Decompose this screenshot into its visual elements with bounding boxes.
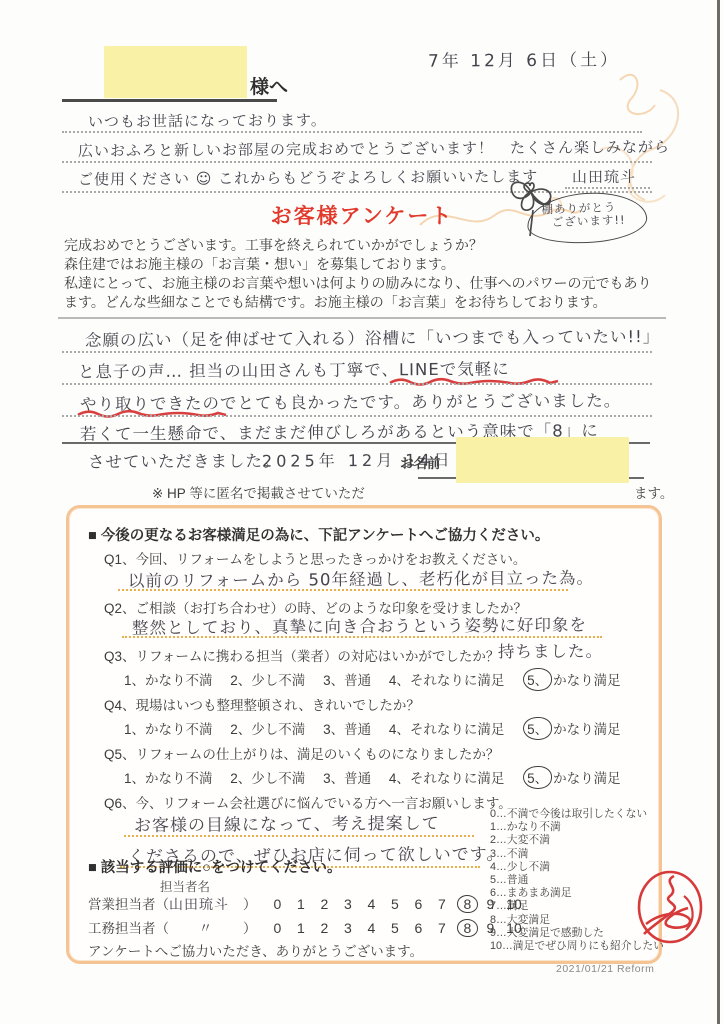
opt-num: 1、 <box>124 722 145 737</box>
circled-option-5: 5、 <box>523 668 552 691</box>
scale-num: 5 <box>386 896 403 912</box>
recipient-honorific: 様へ <box>250 72 288 99</box>
opt-text: それなりに満足 <box>410 722 505 737</box>
scale-num: 2 <box>316 896 333 912</box>
answer-q1-underline <box>118 589 568 591</box>
scale-num: 2 <box>316 920 333 936</box>
scale-num: 3 <box>339 920 356 936</box>
circled-scale-8: 8 <box>457 895 478 913</box>
opt-num: 3、 <box>323 771 344 786</box>
answer-q2-line1: 整然としており、真摯に向き合おうという姿勢に好印象を <box>132 611 587 638</box>
opt-text: 少し不満 <box>251 722 305 737</box>
opt-num: 1、 <box>124 673 145 688</box>
opt-text: かなり不満 <box>145 673 213 688</box>
legend-item: 2…大変不満 <box>490 834 664 847</box>
opt-text: 普通 <box>344 722 371 737</box>
scale-num: 9 <box>482 896 499 912</box>
opt-text: それなりに満足 <box>410 673 505 688</box>
opt-text: 少し不満 <box>251 673 305 688</box>
name-redaction-box-top <box>104 46 247 98</box>
red-wavy-underline-yaritori <box>76 407 228 419</box>
opt-text: かなり満足 <box>553 771 621 786</box>
scale-num: 7 <box>433 920 450 936</box>
legend-item: 0…不満で今後は取引したくない <box>490 808 664 821</box>
legend-item: 1…かなり不満 <box>490 821 664 834</box>
scale-num: 6 <box>410 896 427 912</box>
opt-num: 2、 <box>230 771 251 786</box>
scale-num: 1 <box>292 896 309 912</box>
question-q3: Q3、リフォームに携わる担当（業者）の対応はいかがでしたか？ <box>104 645 499 665</box>
answer-q2-line2: 持ちました。 <box>498 638 603 663</box>
opt-num: 2、 <box>230 673 251 688</box>
rating-handwritten-ditto: 〃 <box>169 918 243 939</box>
options-row-q5: 1、かなり不満 2、少し不満 3、普通 4、それなりに満足 5、かなり満足 <box>124 766 621 789</box>
intro-line-2: 森住建ではお施主様の「お言葉・想い」を募集しております。 <box>64 255 664 274</box>
red-wavy-underline-line <box>388 375 560 387</box>
scale-num: 5 <box>386 920 403 936</box>
scale-num: 1 <box>292 920 309 936</box>
opt-num: 4、 <box>389 722 410 737</box>
opt-num: 3、 <box>323 673 344 688</box>
scale-num: 9 <box>482 920 499 936</box>
ruled-dotline <box>62 161 652 163</box>
rating-handwritten-name: 山田琉斗 <box>169 894 243 915</box>
recipient-underline <box>62 99 277 102</box>
name-field-label: お名前 <box>400 452 441 472</box>
circled-option-5: 5、 <box>523 766 552 789</box>
scanned-survey-page: 7年 12月 6日（土） 様へ いつもお世話になっております。 広いおふろと新し… <box>0 0 724 1024</box>
answer-q6-line1: お客様の目線になって、考え提案して <box>134 809 440 836</box>
name-redaction-box-bottom <box>456 437 629 483</box>
scale-num: 4 <box>363 920 380 936</box>
testimonial-line-5: させていただきました。 <box>88 447 281 472</box>
scale-num: 10 <box>505 920 522 936</box>
legend-item: 3…不満 <box>490 848 664 861</box>
hp-note-right: ます。 <box>634 482 673 502</box>
opt-num: 2、 <box>230 722 251 737</box>
ruled-dotline <box>62 191 652 193</box>
ruled-dotline <box>62 383 652 385</box>
scale-num: 10 <box>505 896 522 912</box>
circled-option-5: 5、 <box>523 717 552 740</box>
opt-num: 4、 <box>389 673 410 688</box>
opt-text: 普通 <box>344 673 371 688</box>
greeting-line-3: ご使用ください ☺ これからもどうぞよろしくお願いいたします <box>78 165 538 189</box>
signature-underline <box>565 187 650 189</box>
scale-num: 7 <box>433 896 450 912</box>
answer-q1: 以前のリフォームから 50年経過し、老朽化が目立った為。 <box>128 564 594 591</box>
question-q4: Q4、現場はいつも整理整頓され、きれいでしたか？ <box>104 694 420 714</box>
opt-text: 少し不満 <box>251 771 305 786</box>
intro-line-3: 私達にとって、お施主様のお言葉や想いは何よりの励みになり、仕事へのパワーの元でも… <box>64 274 664 293</box>
options-row-q4: 1、かなり不満 2、少し不満 3、普通 4、それなりに満足 5、かなり満足 <box>124 717 621 740</box>
opt-text: 普通 <box>344 771 371 786</box>
scale-num: 3 <box>339 896 356 912</box>
form-version-label: 2021/01/21 Reform <box>556 963 654 975</box>
testimonial-line-1: 念願の広い（足を伸ばせて入れる）浴槽に「いつまでも入っていたい!!」 <box>85 323 660 351</box>
ruled-dotline <box>62 131 642 133</box>
opt-text: それなりに満足 <box>410 771 505 786</box>
red-approval-stamp-doodle <box>634 868 706 946</box>
scale-num: 4 <box>363 896 380 912</box>
options-row-q3: 1、かなり不満 2、少し不満 3、普通 4、それなりに満足 5、かなり満足 <box>124 668 621 691</box>
rating-section-header: ■ 該当する評価に○をつけてください。 <box>88 856 342 877</box>
rating-role-label: 工務担当者（ <box>88 921 169 936</box>
rating-row-sales: 営業担当者（山田琉斗） 012345678910 <box>88 893 529 914</box>
rating-role-close: ） <box>243 897 257 912</box>
opt-text: かなり不満 <box>145 722 213 737</box>
survey-title: お客様アンケート <box>0 200 724 230</box>
opt-text: かなり不満 <box>145 771 213 786</box>
scale-num: 0 <box>269 896 286 912</box>
opt-num: 3、 <box>323 722 344 737</box>
rating-role-label: 営業担当者（ <box>88 897 169 912</box>
opt-num: 1、 <box>124 771 145 786</box>
greeting-line-1: いつもお世話になっております。 <box>88 109 327 132</box>
scale-num: 6 <box>410 920 427 936</box>
greeting-line-2: 広いおふろと新しいお部屋の完成おめでとうございます！ たくさん楽しみながら <box>78 136 670 161</box>
hp-note-left: ※ HP 等に匿名で掲載させていただ <box>152 482 365 502</box>
rating-row-construction: 工務担当者（〃） 012345678910 <box>88 917 529 938</box>
opt-text: かなり満足 <box>553 673 621 688</box>
intro-line-4: ます。どんな些細なことでも結構です。お施主様の「お言葉」をお待ちしております。 <box>64 293 664 312</box>
answer-q6-underline1 <box>124 835 474 837</box>
handwritten-signature: 山田琉斗 <box>572 166 636 187</box>
rating-role-close: ） <box>243 921 257 936</box>
handwritten-date: 7年 12月 6日（土） <box>428 45 620 71</box>
opt-text: かなり満足 <box>553 722 621 737</box>
section-divider <box>58 317 666 319</box>
scale-num: 0 <box>269 920 286 936</box>
survey-section-header: ■ 今後の更なるお客様満足の為に、下記アンケートへご協力ください。 <box>88 524 549 545</box>
opt-num: 4、 <box>389 771 410 786</box>
survey-thanks-line: アンケートへご協力いただき、ありがとうございます。 <box>88 940 423 960</box>
ruled-dotline <box>62 351 652 353</box>
intro-line-1: 完成おめでとうございます。工事を終えられていかがでしょうか？ <box>64 236 664 255</box>
question-q5: Q5、リフォームの仕上がりは、満足のいくものになりましたか？ <box>104 743 499 763</box>
circled-scale-8: 8 <box>457 919 478 937</box>
